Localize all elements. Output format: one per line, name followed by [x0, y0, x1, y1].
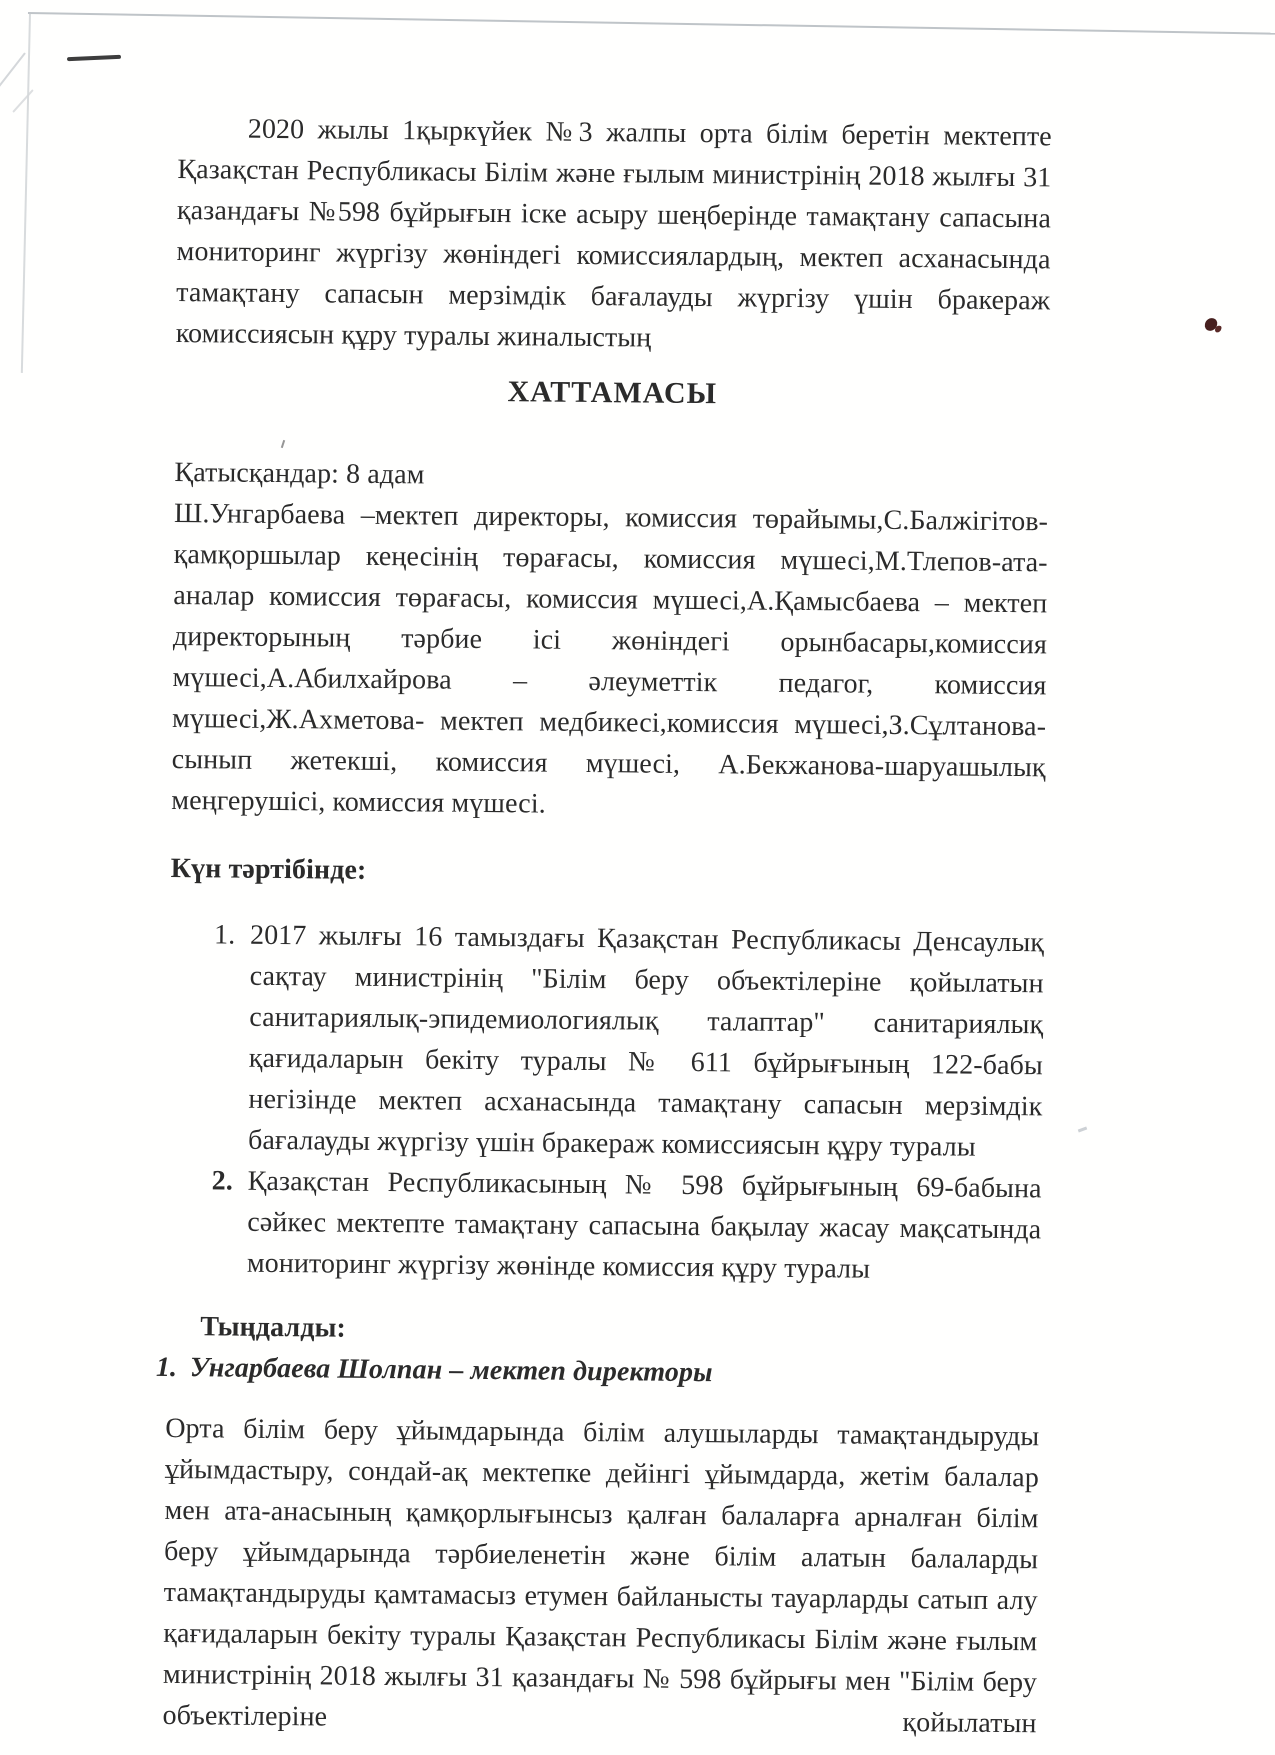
agenda-item: 2. Қазақстан Республикасының № 598 бұйры…	[211, 1160, 1042, 1291]
agenda-item-text: 2017 жылғы 16 тамыздағы Қазақстан Респуб…	[248, 915, 1044, 1169]
agenda-heading: Күн тәртібінде:	[171, 848, 1045, 897]
paper-top-edge	[28, 12, 1275, 35]
attendees-list: Ш.Унгарбаева –мектеп директоры, комиссия…	[171, 493, 1048, 829]
speaker-number: 1.	[156, 1347, 190, 1388]
scan-smudge	[0, 52, 26, 89]
body-paragraph: Орта білім беру ұйымдарында білім алушыл…	[162, 1408, 1039, 1744]
agenda-item-number: 2.	[211, 1160, 248, 1283]
scan-speck	[1078, 1127, 1087, 1133]
scan-smudge	[12, 89, 34, 113]
scanned-document-page: 2020 жылы 1қыркүйек №3 жалпы орта білім …	[0, 0, 1275, 1755]
intro-paragraph: 2020 жылы 1қыркүйек №3 жалпы орта білім …	[176, 108, 1052, 362]
agenda-list: 1. 2017 жылғы 16 тамыздағы Қазақстан Рес…	[167, 914, 1045, 1291]
document-body: 2020 жылы 1қыркүйек №3 жалпы орта білім …	[162, 108, 1052, 1744]
agenda-item: 1. 2017 жылғы 16 тамыздағы Қазақстан Рес…	[212, 914, 1044, 1168]
agenda-item-text: Қазақстан Республикасының № 598 бұйрығын…	[247, 1161, 1042, 1292]
document-title: ХАТТАМАСЫ	[175, 368, 1049, 417]
attendees-section: Қатысқандар: 8 адам Ш.Унгарбаева –мектеп…	[171, 452, 1049, 829]
speaker-name-and-role: Унгарбаева Шолпан – мектеп директоры	[190, 1347, 713, 1393]
agenda-item-number: 1.	[212, 914, 250, 1160]
pen-dash-mark	[67, 55, 121, 61]
ink-blot	[1204, 317, 1218, 332]
speaker-line: 1. Унгарбаева Шолпан – мектеп директоры	[156, 1347, 1040, 1396]
paper-left-edge	[21, 13, 31, 373]
